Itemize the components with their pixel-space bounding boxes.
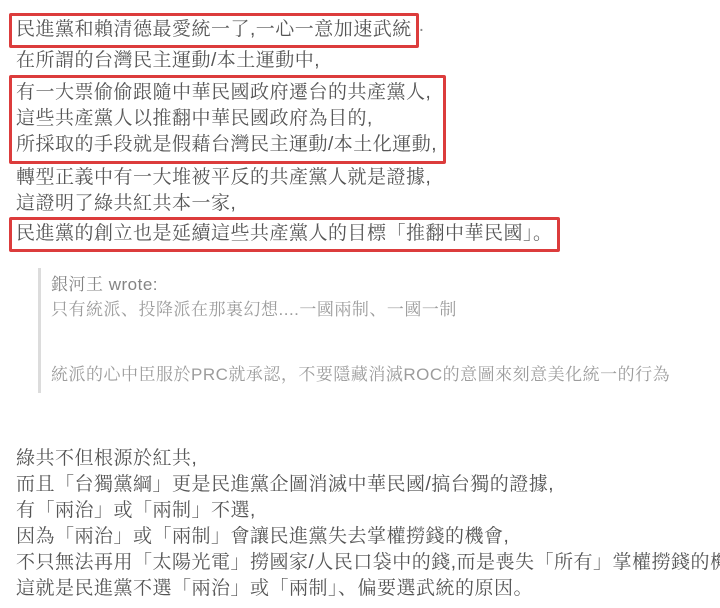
bottom-paragraph: 綠共不但根源於紅共, 而且「台獨黨綱」更是民進黨企圖消滅中華民國/搞台獨的證據,… bbox=[16, 446, 720, 602]
text-line: 有「兩治」或「兩制」不選, bbox=[16, 498, 720, 524]
quote-reply-line: 統派的心中臣服於PRC就承認，不要隱藏消滅ROC的意圖來刻意美化統一的行為 bbox=[51, 362, 720, 387]
text-line: 在所謂的台灣民主運動/本土運動中, bbox=[16, 48, 720, 74]
highlight-box-group: 有一大票偷偷跟隨中華民國政府遷台的共產黨人, 這些共產黨人以推翻中華民國政府為目… bbox=[9, 75, 446, 164]
text-line: 這些共產黨人以推翻中華民國政府為目的, bbox=[16, 106, 437, 132]
highlight-box-line8: 民進黨的創立也是延續這些共產黨人的目標「推翻中華民國」。 bbox=[9, 217, 560, 252]
text-line: 有一大票偷偷跟隨中華民國政府遷台的共產黨人, bbox=[16, 80, 437, 106]
text-line: 民進黨和賴清德最愛統一了,一心一意加速武統. bbox=[16, 13, 720, 48]
quote-block: 銀河王 wrote: 只有統派、投降派在那裏幻想....一國兩制、一國一制 統派… bbox=[38, 268, 720, 393]
text-line: 綠共不但根源於紅共, bbox=[16, 446, 720, 472]
quoted-text-line: 只有統派、投降派在那裏幻想....一國兩制、一國一制 bbox=[51, 297, 720, 322]
quote-author-line: 銀河王 wrote: bbox=[51, 272, 720, 297]
top-paragraph: 民進黨和賴清德最愛統一了,一心一意加速武統. 在所謂的台灣民主運動/本土運動中,… bbox=[16, 13, 720, 252]
text-line: 所採取的手段就是假藉台灣民主運動/本土化運動, bbox=[16, 132, 437, 158]
text-line: 而且「台獨黨綱」更是民進黨企圖消滅中華民國/搞台獨的證據, bbox=[16, 472, 720, 498]
text-line: 這就是民進黨不選「兩治」或「兩制」、偏要選武統的原因。 bbox=[16, 576, 720, 602]
text-line: 民進黨的創立也是延續這些共產黨人的目標「推翻中華民國」。 bbox=[16, 217, 720, 252]
highlight-box-line1: 民進黨和賴清德最愛統一了,一心一意加速武統 bbox=[9, 13, 419, 48]
text-line: 因為「兩治」或「兩制」會讓民進黨失去掌權撈錢的機會, bbox=[16, 524, 720, 550]
forum-post-body: 民進黨和賴清德最愛統一了,一心一意加速武統. 在所謂的台灣民主運動/本土運動中,… bbox=[0, 0, 720, 602]
line1-tail-text: . bbox=[419, 15, 425, 36]
text-line: 不只無法再用「太陽光電」撈國家/人民口袋中的錢,而是喪失「所有」掌權撈錢的機會, bbox=[16, 550, 720, 576]
text-line: 這證明了綠共紅共本一家, bbox=[16, 191, 720, 217]
text-line: 轉型正義中有一大堆被平反的共產黨人就是證據, bbox=[16, 165, 720, 191]
